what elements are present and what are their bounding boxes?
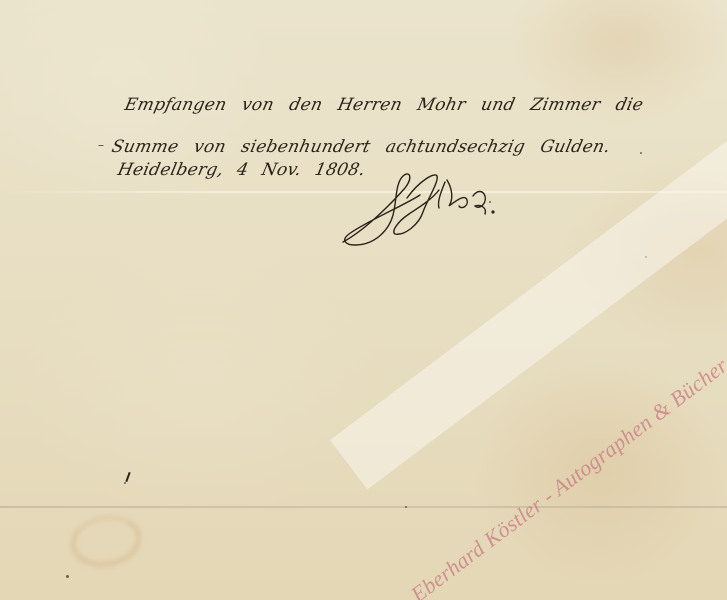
line-dash: – xyxy=(98,138,104,152)
text-line-1: Empfangen von den Herren Mohr und Zimmer… xyxy=(123,95,645,115)
signature: J H Voß. xyxy=(335,160,515,260)
text-line-2: Summe von siebenhundert achtundsechzig G… xyxy=(110,137,612,157)
document-scan: – Empfangen von den Herren Mohr und Zimm… xyxy=(0,0,727,600)
text-line-3: Heidelberg, 4 Nov. 1808. xyxy=(116,160,367,180)
